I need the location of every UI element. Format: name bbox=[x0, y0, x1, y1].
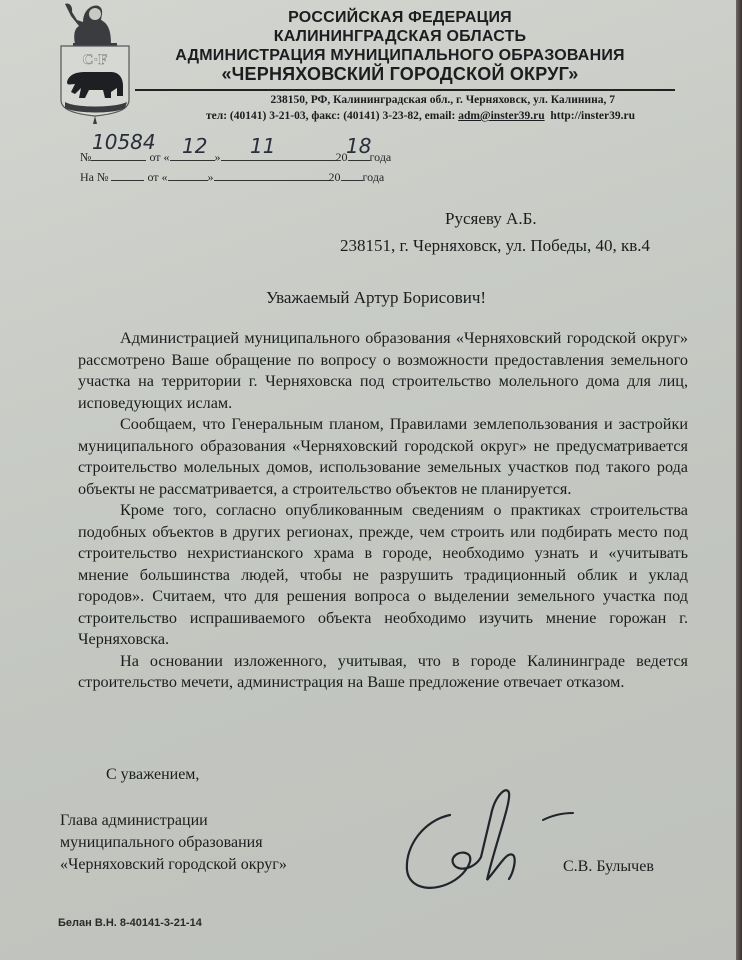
close-quote: » bbox=[215, 150, 221, 164]
body-paragraph: Кроме того, согласно опубликованным свед… bbox=[78, 500, 688, 651]
year-blank bbox=[348, 160, 370, 161]
paper-edge bbox=[736, 0, 742, 960]
letterhead-municipality: «ЧЕРНЯХОВСКИЙ ГОРОДСКОЙ ОКРУГ» bbox=[130, 65, 670, 84]
body-paragraph: На основании изложенного, учитывая, что … bbox=[78, 651, 688, 694]
handwritten-signature-icon bbox=[395, 785, 595, 895]
letterhead-administration: АДМИНИСТРАЦИЯ МУНИЦИПАЛЬНОГО ОБРАЗОВАНИЯ bbox=[130, 46, 670, 65]
contacts-phone-fax: тел: (40141) 3-21-03, факс: (40141) 3-23… bbox=[206, 110, 458, 122]
day-blank bbox=[170, 160, 215, 161]
addressee-block: Русяеву А.Б. 238151, г. Черняховск, ул. … bbox=[340, 205, 700, 259]
ref-number-blank bbox=[111, 180, 144, 181]
letterhead: РОССИЙСКАЯ ФЕДЕРАЦИЯ КАЛИНИНГРАДСКАЯ ОБЛ… bbox=[130, 8, 670, 84]
ref-label: На № bbox=[80, 170, 108, 184]
ref-year-prefix: 20 bbox=[329, 170, 341, 184]
signer-title-line: муниципального образования bbox=[60, 832, 287, 854]
letterhead-contacts: 238150, РФ, Калининградская обл., г. Чер… bbox=[170, 92, 690, 124]
handwritten-year: 18 bbox=[346, 134, 371, 158]
addressee-name: Русяеву А.Б. bbox=[340, 205, 700, 232]
month-blank bbox=[221, 160, 336, 161]
number-blank bbox=[91, 160, 146, 161]
number-label: № bbox=[80, 150, 91, 164]
crest-monogram: C·F bbox=[83, 52, 108, 68]
email-link[interactable]: adm@inster39.ru bbox=[458, 110, 544, 122]
body-paragraph: Администрацией муниципального образовани… bbox=[78, 328, 688, 414]
letterhead-divider bbox=[135, 89, 675, 91]
body-paragraph: Сообщаем, что Генеральным планом, Правил… bbox=[78, 414, 688, 500]
year-suffix: года bbox=[370, 150, 392, 164]
signer-title-line: «Черняховский городской округ» bbox=[60, 854, 287, 876]
letterhead-phone-line: тел: (40141) 3-21-03, факс: (40141) 3-23… bbox=[170, 108, 690, 124]
ref-year-suffix: года bbox=[363, 170, 385, 184]
ref-year-blank bbox=[341, 180, 363, 181]
ref-day-blank bbox=[168, 180, 208, 181]
addressee-address: 238151, г. Черняховск, ул. Победы, 40, к… bbox=[340, 236, 650, 255]
ref-close-quote: » bbox=[208, 170, 214, 184]
salutation: Уважаемый Артур Борисович! bbox=[0, 288, 742, 308]
signer-name: С.В. Булычев bbox=[563, 858, 654, 876]
reference-number-line: На № от «»20года bbox=[80, 170, 384, 185]
letterhead-country: РОССИЙСКАЯ ФЕДЕРАЦИЯ bbox=[130, 8, 670, 27]
handwritten-month: 11 bbox=[250, 134, 275, 158]
website-link[interactable]: http://inster39.ru bbox=[550, 110, 635, 122]
letterhead-region: КАЛИНИНГРАДСКАЯ ОБЛАСТЬ bbox=[130, 27, 670, 46]
handwritten-day: 12 bbox=[182, 134, 207, 158]
ref-from-label: от « bbox=[147, 170, 167, 184]
handwritten-number: 10584 bbox=[92, 130, 156, 154]
letter-body: Администрацией муниципального образовани… bbox=[78, 328, 688, 694]
signer-title: Глава администрации муниципального образ… bbox=[60, 810, 287, 876]
ref-month-blank bbox=[214, 180, 329, 181]
coat-of-arms-bear-icon: C·F bbox=[55, 0, 135, 125]
signer-title-line: Глава администрации bbox=[60, 810, 287, 832]
closing-regards: С уважением, bbox=[106, 766, 199, 784]
executor-contact: Белан В.Н. 8-40141-3-21-14 bbox=[58, 917, 202, 929]
letterhead-address: 238150, РФ, Калининградская обл., г. Чер… bbox=[170, 92, 690, 108]
